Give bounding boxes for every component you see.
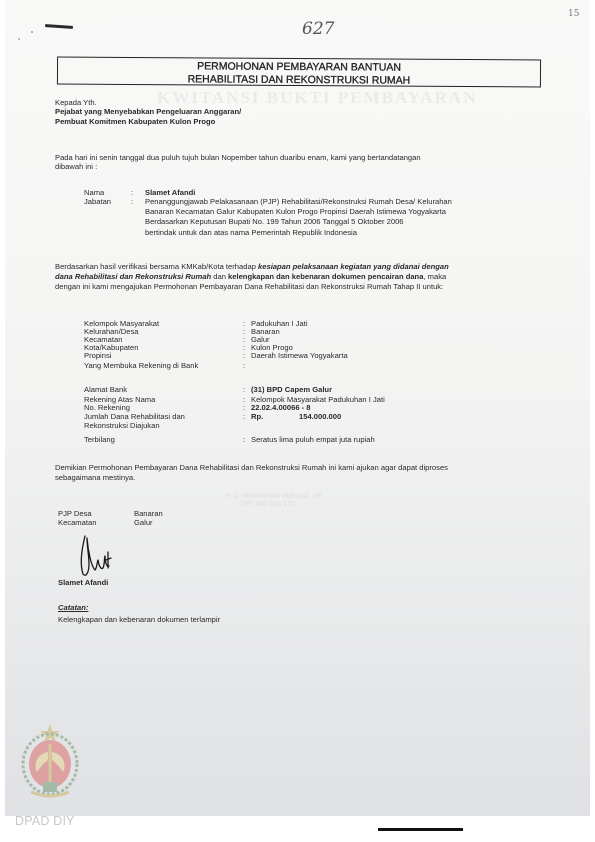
note-text: Kelengkapan dan kebenaran dokumen terlam… bbox=[58, 615, 220, 625]
title-line-2: REHABILITASI DAN REKONSTRUKSI RUMAH bbox=[58, 73, 540, 89]
detail-colon: : bbox=[243, 412, 245, 422]
detail-colon: : bbox=[243, 351, 245, 361]
addressee-line-1: Pejabat yang Menyebabkan Pengeluaran Ang… bbox=[55, 107, 241, 117]
role2-value: Galur bbox=[134, 518, 153, 528]
detail-label-continued: Rekonstruksi Diajukan bbox=[84, 421, 160, 431]
pen-dash-mark bbox=[45, 24, 73, 29]
opening-line-1: Pada hari ini senin tanggal dua puluh tu… bbox=[55, 153, 421, 163]
bleed-through-name: H. D. Muhammad Wahyudi, SE bbox=[225, 493, 322, 500]
addressee-line-2: Pembuat Komitmen Kabupaten Kulon Progo bbox=[55, 117, 215, 127]
speck bbox=[31, 31, 33, 33]
basis-line-3: dengan ini kami mengajukan Permohonan Pe… bbox=[55, 282, 443, 292]
detail-colon: : bbox=[243, 361, 245, 371]
position-line-1: Penanggungjawab Pelakasanaan (PJP) Rehab… bbox=[145, 197, 452, 207]
basis-line-2: dana Rehabilitasi dan Rekonstruksi Rumah… bbox=[55, 272, 446, 282]
detail-label: Terbilang bbox=[84, 435, 115, 445]
speck bbox=[18, 38, 20, 40]
signed-name: Slamet Afandi bbox=[58, 578, 108, 588]
detail-value: (31) BPD Capem Galur bbox=[251, 385, 332, 395]
document-title-box: PERMOHONAN PEMBAYARAN BANTUAN REHABILITA… bbox=[57, 57, 541, 88]
bottom-scan-bar bbox=[378, 828, 463, 831]
detail-value: Daerah Istimewa Yogyakarta bbox=[251, 351, 348, 361]
bleed-through-title: KWITANSI BUKTI PEMBAYARAN bbox=[157, 88, 477, 108]
detail-currency: Rp. bbox=[251, 412, 263, 422]
basis-line-1: Berdasarkan hasil verifikasi bersama KMK… bbox=[55, 262, 449, 272]
detail-colon: : bbox=[243, 385, 245, 395]
detail-label: Alamat Bank bbox=[84, 385, 127, 395]
handwritten-page-number: 627 bbox=[302, 19, 334, 39]
detail-label: Yang Membuka Rekening di Bank bbox=[84, 361, 198, 371]
closing-line-1: Demikian Permohonan Pembayaran Dana Reha… bbox=[55, 463, 448, 473]
position-label: Jabatan bbox=[84, 197, 111, 207]
opening-line-2: dibawah ini : bbox=[55, 162, 97, 172]
detail-value: 154.000.000 bbox=[299, 412, 341, 422]
bleed-through-nip: NIP. 490 038 170 bbox=[241, 501, 295, 508]
position-colon: : bbox=[131, 197, 133, 207]
handwritten-signature bbox=[77, 532, 117, 580]
position-line-3: Berdasarkan Keputusan Bupati No. 199 Tah… bbox=[145, 217, 404, 227]
document-page: KWITANSI BUKTI PEMBAYARAN H. D. Muhammad… bbox=[5, 0, 590, 816]
detail-colon: : bbox=[243, 435, 245, 445]
watermark-text: DPAD DIY bbox=[15, 814, 75, 828]
dpad-diy-emblem-icon bbox=[19, 722, 81, 800]
detail-value: Seratus lima puluh empat juta rupiah bbox=[251, 435, 375, 445]
role2-label: Kecamatan bbox=[58, 518, 96, 528]
position-line-4: bertindak untuk dan atas nama Pemerintah… bbox=[145, 228, 357, 238]
detail-label: Propinsi bbox=[84, 351, 111, 361]
note-heading: Catatan: bbox=[58, 603, 88, 613]
position-line-2: Banaran Kecamatan Galur Kabupaten Kulon … bbox=[145, 207, 446, 217]
corner-page-mark: 15 bbox=[568, 9, 579, 19]
closing-line-2: sebagaimana mestinya. bbox=[55, 473, 135, 483]
